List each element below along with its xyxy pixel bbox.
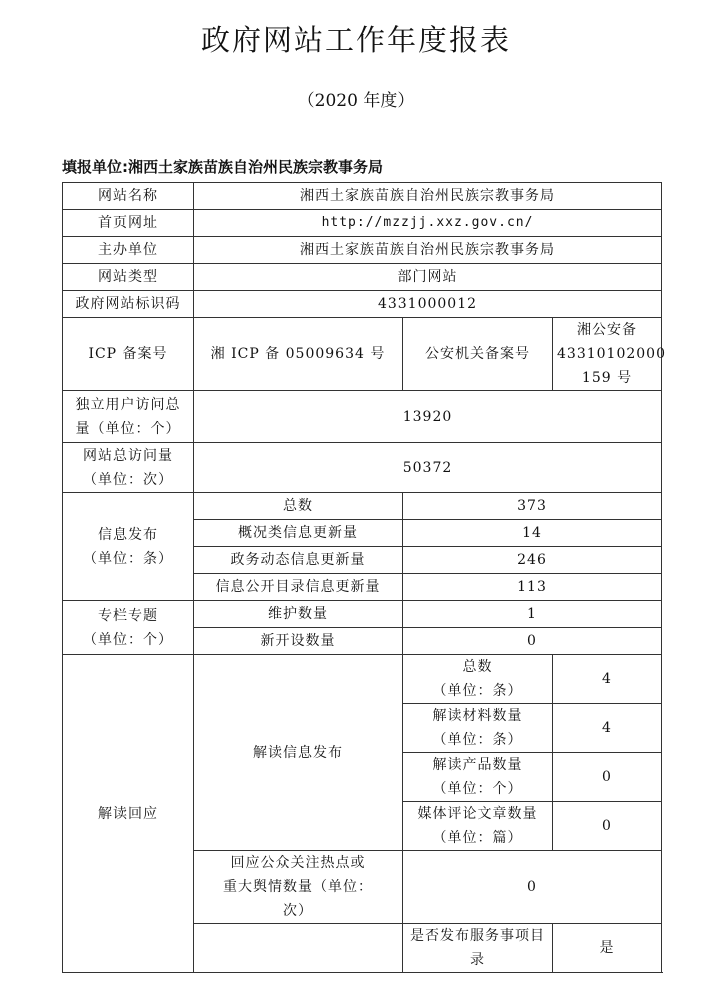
label-line: 信息发布	[67, 523, 189, 547]
label-line: 总数	[407, 655, 548, 679]
label-line: 回应公众关注热点或	[198, 851, 398, 875]
info-news-value: 246	[403, 547, 662, 574]
table-row: 网站总访问量 （单位：次） 50372	[63, 443, 662, 493]
service-catalog-label: 是否发布服务事项目录	[403, 924, 553, 973]
page-title: 政府网站工作年度报表	[0, 18, 712, 59]
interpret-total-value: 4	[553, 655, 662, 704]
table-row: 首页网址 http://mzzjj.xxz.gov.cn/	[63, 210, 662, 237]
table-row: 独立用户访问总 量（单位：个） 13920	[63, 391, 662, 443]
info-news-label: 政务动态信息更新量	[194, 547, 403, 574]
label-line: 解读产品数量	[407, 753, 548, 777]
interpret-product-value: 0	[553, 753, 662, 802]
label-line: （单位：个）	[67, 628, 189, 652]
icp-label: ICP 备案号	[63, 318, 194, 391]
label-line: （单位：个）	[407, 777, 548, 801]
table-row: 网站名称 湘西土家族苗族自治州民族宗教事务局	[63, 183, 662, 210]
sponsor-label: 主办单位	[63, 237, 194, 264]
site-id-value: 4331000012	[194, 291, 662, 318]
column-topic-label: 专栏专题 （单位：个）	[63, 601, 194, 655]
homepage-value: http://mzzjj.xxz.gov.cn/	[194, 210, 662, 237]
reporting-unit: 填报单位:湘西土家族苗族自治州民族宗教事务局	[62, 156, 383, 177]
label-line: （单位：条）	[407, 728, 548, 752]
table-row: 政府网站标识码 4331000012	[63, 291, 662, 318]
public-response-value: 0	[403, 851, 662, 924]
column-new-value: 0	[403, 628, 662, 655]
total-visits-value: 50372	[194, 443, 662, 493]
label-line: 重大舆情数量（单位：	[198, 875, 398, 899]
label-line: 次）	[198, 899, 398, 923]
public-response-label: 回应公众关注热点或 重大舆情数量（单位： 次）	[194, 851, 403, 924]
police-record-line: 43310102000	[557, 342, 657, 366]
site-type-label: 网站类型	[63, 264, 194, 291]
table-row: ICP 备案号 湘 ICP 备 05009634 号 公安机关备案号 湘公安备 …	[63, 318, 662, 391]
site-type-value: 部门网站	[194, 264, 662, 291]
label-line: （单位：条）	[407, 679, 548, 703]
table-row: 主办单位 湘西土家族苗族自治州民族宗教事务局	[63, 237, 662, 264]
report-year: （2020 年度）	[0, 86, 712, 111]
label-line: （单位：条）	[67, 547, 189, 571]
label-line: 网站总访问量	[67, 444, 189, 468]
label-line: （单位：次）	[67, 468, 189, 492]
interpret-response-label: 解读回应	[63, 655, 194, 973]
label-line: 解读材料数量	[407, 704, 548, 728]
site-name-value: 湘西土家族苗族自治州民族宗教事务局	[194, 183, 662, 210]
unique-visitors-value: 13920	[194, 391, 662, 443]
police-record-value: 湘公安备 43310102000 159 号	[553, 318, 662, 391]
icp-value: 湘 ICP 备 05009634 号	[194, 318, 403, 391]
column-maintained-label: 维护数量	[194, 601, 403, 628]
column-maintained-value: 1	[403, 601, 662, 628]
total-visits-label: 网站总访问量 （单位：次）	[63, 443, 194, 493]
column-new-label: 新开设数量	[194, 628, 403, 655]
info-total-value: 373	[403, 493, 662, 520]
label-line: 量（单位：个）	[67, 417, 189, 441]
table-row: 解读回应 解读信息发布 总数 （单位：条） 4	[63, 655, 662, 704]
report-table: 网站名称 湘西土家族苗族自治州民族宗教事务局 首页网址 http://mzzjj…	[62, 182, 662, 973]
interpret-media-label: 媒体评论文章数量 （单位：篇）	[403, 802, 553, 851]
unique-visitors-label: 独立用户访问总 量（单位：个）	[63, 391, 194, 443]
info-disclosure-value: 113	[403, 574, 662, 601]
info-overview-value: 14	[403, 520, 662, 547]
table-row: 网站类型 部门网站	[63, 264, 662, 291]
site-id-label: 政府网站标识码	[63, 291, 194, 318]
police-record-line: 湘公安备	[557, 318, 657, 342]
service-catalog-value: 是	[553, 924, 662, 973]
interpret-total-label: 总数 （单位：条）	[403, 655, 553, 704]
interpret-media-value: 0	[553, 802, 662, 851]
police-record-label: 公安机关备案号	[403, 318, 553, 391]
interpret-material-label: 解读材料数量 （单位：条）	[403, 704, 553, 753]
table-row: 信息发布 （单位：条） 总数 373	[63, 493, 662, 520]
label-line: 媒体评论文章数量	[407, 802, 548, 826]
table-row: 专栏专题 （单位：个） 维护数量 1	[63, 601, 662, 628]
info-overview-label: 概况类信息更新量	[194, 520, 403, 547]
interpret-publish-label: 解读信息发布	[194, 655, 403, 851]
sponsor-value: 湘西土家族苗族自治州民族宗教事务局	[194, 237, 662, 264]
homepage-label: 首页网址	[63, 210, 194, 237]
label-line: 独立用户访问总	[67, 393, 189, 417]
site-name-label: 网站名称	[63, 183, 194, 210]
blank-cell	[194, 924, 403, 973]
label-line: 专栏专题	[67, 604, 189, 628]
police-record-line: 159 号	[557, 366, 657, 390]
info-disclosure-label: 信息公开目录信息更新量	[194, 574, 403, 601]
info-publish-label: 信息发布 （单位：条）	[63, 493, 194, 601]
interpret-material-value: 4	[553, 704, 662, 753]
label-line: （单位：篇）	[407, 826, 548, 850]
interpret-product-label: 解读产品数量 （单位：个）	[403, 753, 553, 802]
info-total-label: 总数	[194, 493, 403, 520]
